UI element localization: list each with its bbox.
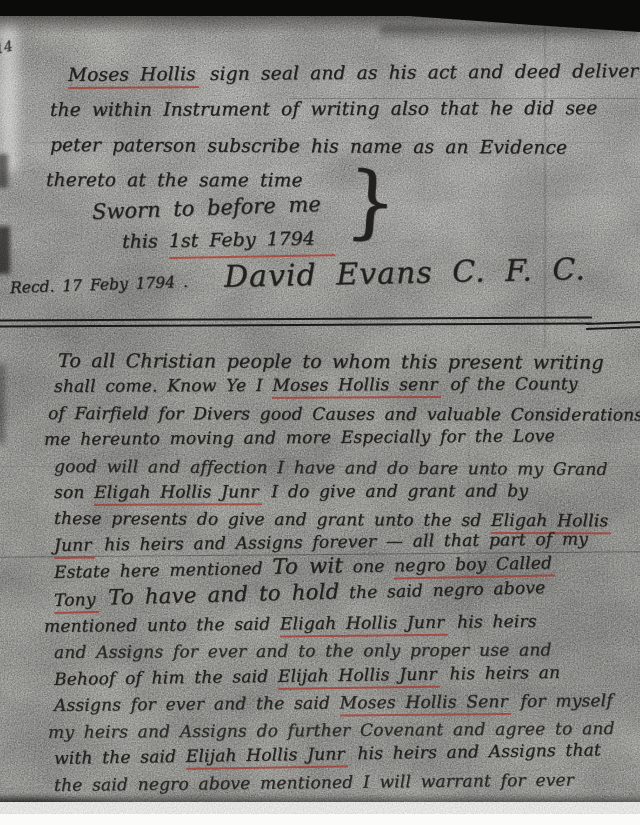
handwriting-text: his heirs an <box>440 663 561 685</box>
handwriting-text: To have and to hold <box>108 579 340 610</box>
handwritten-line: peter paterson subscribe his name as an … <box>50 128 636 166</box>
scanned-document: 14 Moses Hollis sign seal and as his act… <box>0 0 640 825</box>
handwriting-text: Behoof of him the said <box>54 667 278 690</box>
handwritten-line: me hereunto moving and more Especially f… <box>44 423 638 454</box>
red-underlined-phrase: Moses Hollis Senr <box>340 692 511 716</box>
handwriting-text: To all Christian people to whom this pre… <box>58 350 604 374</box>
handwriting-text: the said negro above mentioned I will wa… <box>54 770 574 795</box>
red-underlined-phrase: Eligah Hollis Junr <box>94 482 262 506</box>
handwriting-text: I do give and grant and by <box>262 481 528 502</box>
handwriting-text: Estate here mentioned <box>54 559 273 583</box>
paper: 14 Moses Hollis sign seal and as his act… <box>0 14 640 814</box>
handwriting-text: of Fairfield for Divers good Causes and … <box>48 404 640 426</box>
handwritten-line: shall come. Know Ye I Moses Hollis senr … <box>54 371 638 400</box>
handwriting-text: Assigns for ever and the said <box>54 694 340 716</box>
handwriting-text: thereto at the same time <box>46 170 303 191</box>
handwriting-text: son <box>54 483 94 503</box>
handwriting-text: good will and affection I have and do ba… <box>54 457 608 480</box>
left-edge-ink-smudge <box>0 154 8 188</box>
deed-lines: To all Christian people to whom this pre… <box>54 348 638 799</box>
handwriting-text: peter paterson subscribe his name as an … <box>50 135 567 159</box>
left-edge-ink-smudge <box>0 364 5 444</box>
jurat-date-line: this 1st Feby 1794 <box>122 227 335 253</box>
handwriting-text: his heirs and Assigns that <box>348 741 602 765</box>
handwritten-line: mentioned unto the said Eligah Hollis Ju… <box>44 608 638 641</box>
deed-section: To all Christian people to whom this pre… <box>54 348 638 799</box>
handwriting-text: one <box>343 557 394 578</box>
affidavit-lines: Moses Hollis sign seal and as his act an… <box>50 58 636 198</box>
jurat-brace: } <box>343 160 399 243</box>
red-underlined-phrase: Moses Hollis <box>68 64 199 89</box>
red-underlined-phrase: Elijah Hollis Junr <box>186 744 348 770</box>
handwriting-text: with the said <box>54 747 186 769</box>
handwriting-text: me hereunto moving and more Especially f… <box>44 427 555 451</box>
handwriting-text: and Assigns for ever and to the only pro… <box>54 641 552 664</box>
affidavit-section: Moses Hollis sign seal and as his act an… <box>50 58 636 198</box>
red-underlined-phrase: Tony <box>54 589 99 613</box>
handwriting-text: of the County <box>441 375 578 396</box>
handwritten-line: Assigns for ever and the said Moses Holl… <box>54 688 638 720</box>
handwriting-text: this <box>122 230 169 253</box>
handwritten-line: the within Instrument of writing also th… <box>50 91 636 128</box>
red-underlined-phrase: Elijah Hollis Junr <box>278 664 440 689</box>
handwritten-line: son Eligah Hollis Junr I do give and gra… <box>54 478 638 506</box>
handwritten-line: thereto at the same time <box>46 163 636 199</box>
handwriting-text: To wit <box>272 554 343 580</box>
red-underlined-phrase: 1st Feby 1794 <box>169 227 336 259</box>
red-underlined-phrase: Moses Hollis senr <box>272 375 440 399</box>
left-edge-ink-smudge <box>0 226 10 274</box>
handwriting-text: his heirs <box>447 612 536 633</box>
red-underlined-phrase: Junr <box>54 535 95 558</box>
handwriting-text: the within Instrument of writing also th… <box>50 98 598 121</box>
handwriting-text: for myself <box>511 691 613 712</box>
handwriting-text: sign seal and as his act and deed delive… <box>199 61 639 85</box>
handwriting-text: shall come. Know Ye I <box>54 376 273 397</box>
handwriting-text: mentioned unto the said <box>44 615 280 637</box>
handwritten-line: Moses Hollis sign seal and as his act an… <box>68 54 636 93</box>
red-underlined-phrase: Eligah Hollis Junr <box>280 613 448 638</box>
scanner-background <box>0 802 640 825</box>
handwriting-text: the said negro above <box>339 578 545 603</box>
